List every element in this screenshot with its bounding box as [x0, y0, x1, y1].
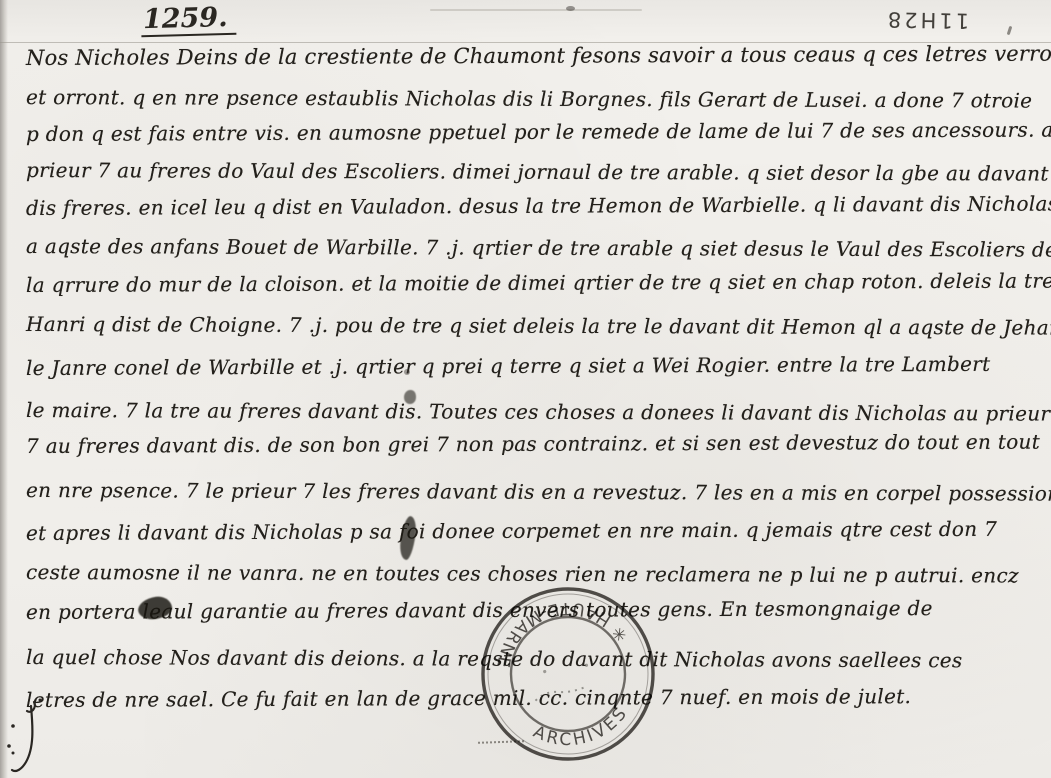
manuscript-line: Nos Nicholes Deins de la crestiente de C…	[26, 41, 1051, 70]
manuscript-line: dis freres. en icel leu q dist en Vaulad…	[26, 191, 1051, 220]
manuscript-line: le maire. 7 la tre au freres davant dis.…	[26, 398, 1050, 426]
ink-blot	[404, 390, 416, 404]
manuscript-line: prieur 7 au freres do Vaul des Escoliers…	[26, 158, 1049, 186]
ink-speck	[404, 369, 410, 375]
manuscript-line: le Janre conel de Warbille et .j. qrtier…	[26, 352, 991, 380]
stamp-inner-squiggle	[534, 684, 584, 700]
stamp-top-arc-text: ✳ HAUTE-MARNE	[479, 583, 634, 676]
manuscript-line: 7 au freres davant dis. de son bon grei …	[26, 430, 1040, 458]
paraph-mark-icon	[4, 696, 56, 778]
svg-text:✳ HAUTE-MARNE: ✳ HAUTE-MARNE	[479, 583, 634, 676]
charter-scan: 1259. 11H28 Nos Nicholes Deins de la cre…	[0, 0, 1051, 778]
manuscript-line: en nre psence. 7 le prieur 7 les freres …	[26, 478, 1051, 506]
manuscript-line: Hanri q dist de Choigne. 7 .j. pou de tr…	[26, 312, 1051, 340]
manuscript-line: p don q est fais entre vis. en aumosne p…	[26, 117, 1051, 146]
manuscript-line: a aqste des anfans Bouet de Warbille. 7 …	[26, 234, 1051, 262]
manuscript-line: et apres li davant dis Nicholas p sa foi…	[26, 517, 997, 545]
svg-text:ARCHIVES: ARCHIVES	[526, 699, 638, 760]
stamp-bottom-arc-text: ARCHIVES	[526, 699, 638, 760]
ink-speck	[566, 6, 575, 11]
archive-stamp-icon: ✳ HAUTE-MARNE ARCHIVES	[468, 574, 668, 774]
manuscript-line: la qrrure do mur de la cloison. et la mo…	[26, 269, 1051, 297]
manuscript-line: et orront. q en nre psence estaublis Nic…	[26, 85, 1032, 113]
